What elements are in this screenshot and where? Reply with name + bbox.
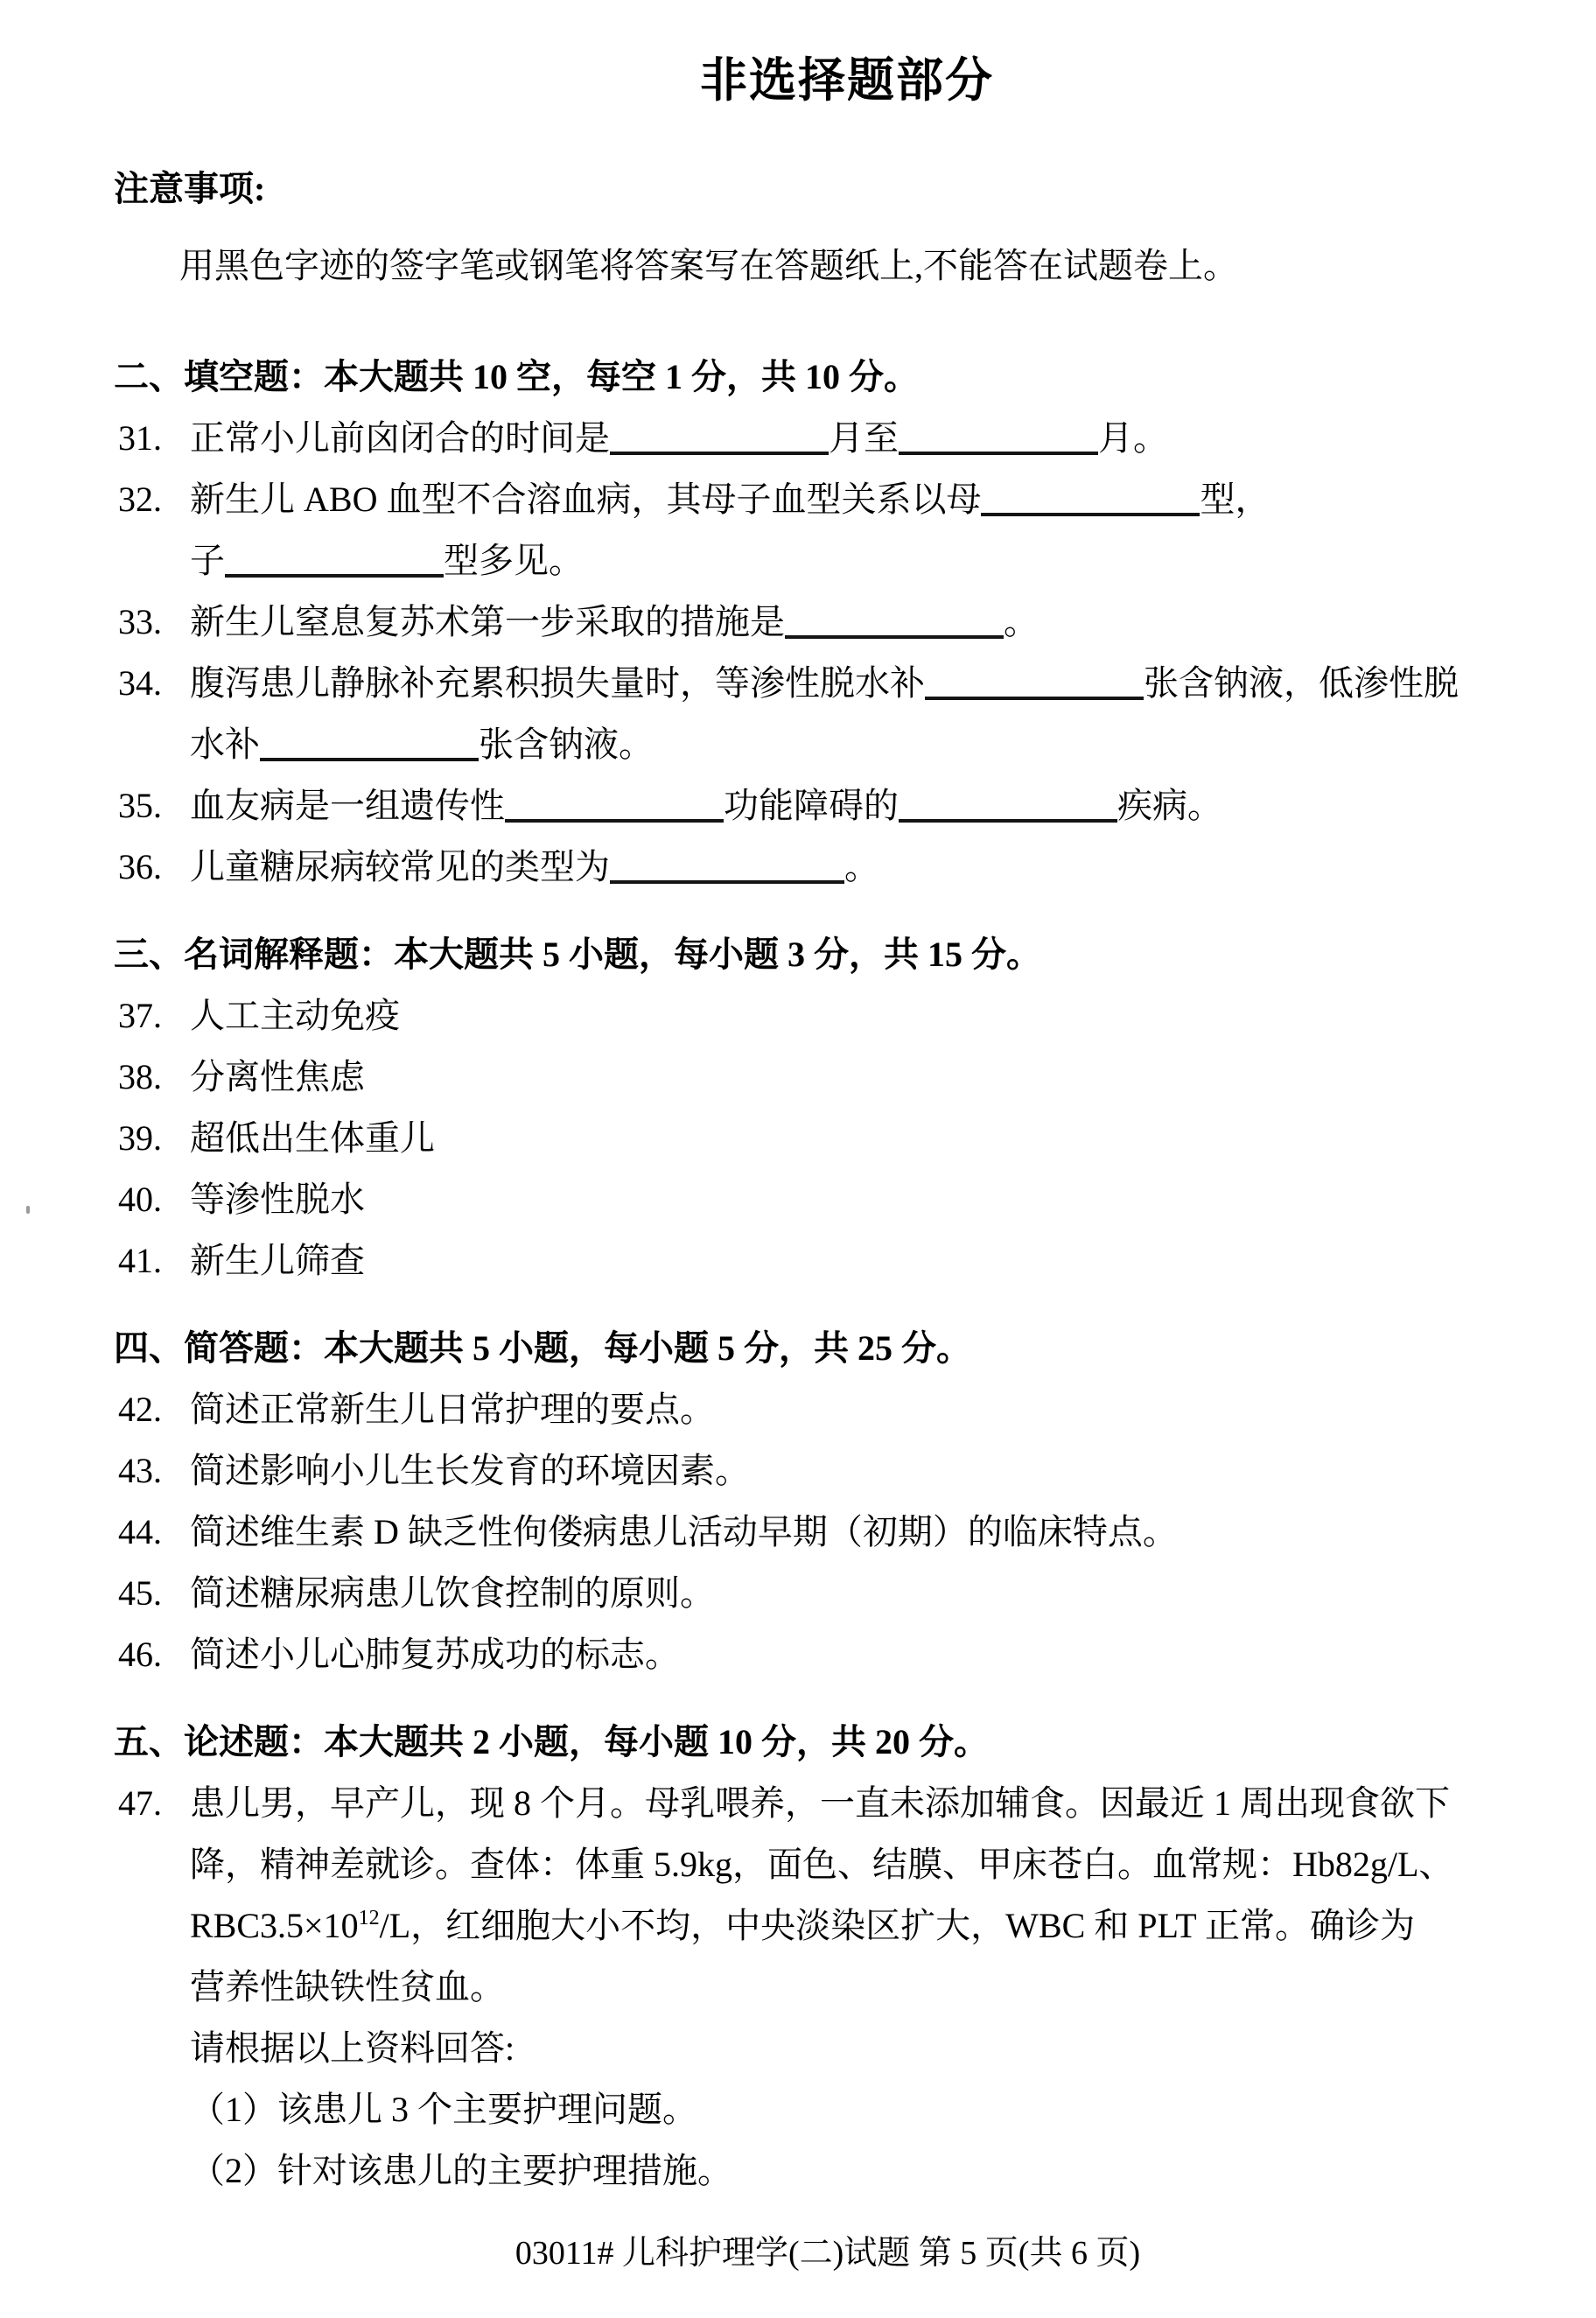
question-number: 38. <box>118 1047 190 1108</box>
blank-line <box>225 537 444 578</box>
blank-line <box>610 844 844 884</box>
question-36: 36.儿童糖尿病较常见的类型为。 <box>118 837 1596 898</box>
question-number: 35. <box>118 775 190 837</box>
question-number: 37. <box>118 985 190 1047</box>
question-text: 简述糖尿病患儿饮食控制的原则。 <box>190 1573 715 1613</box>
question-text: 月。 <box>1098 418 1168 458</box>
question-text: 简述小儿心肺复苏成功的标志。 <box>190 1635 680 1674</box>
section-3-heading: 三、名词解释题：本大题共 5 小题，每小题 3 分，共 15 分。 <box>114 924 1596 985</box>
question-text: 月至 <box>829 418 899 458</box>
blank-line <box>610 415 829 455</box>
question-text: 腹泻患儿静脉补充累积损失量时，等渗性脱水补 <box>190 663 925 703</box>
question-number: 42. <box>118 1379 190 1440</box>
question-39: 39.超低出生体重儿 <box>118 1108 1596 1169</box>
question-34-cont: 水补张含钠液。 <box>190 714 1596 775</box>
question-number: 45. <box>118 1563 190 1624</box>
section-4-heading: 四、简答题：本大题共 5 小题，每小题 5 分，共 25 分。 <box>114 1318 1596 1379</box>
section-5-heading: 五、论述题：本大题共 2 小题，每小题 10 分，共 20 分。 <box>114 1712 1596 1773</box>
question-40: 40.等渗性脱水 <box>118 1169 1596 1230</box>
question-47-sub-1: （1）该患儿 3 个主要护理问题。 <box>190 2079 1596 2140</box>
question-text: 子 <box>190 541 225 580</box>
question-text: 患儿男，早产儿，现 8 个月。母乳喂养，一直未添加辅食。因最近 1 周出现食欲下 <box>190 1783 1450 1823</box>
question-41: 41.新生儿筛查 <box>118 1230 1596 1292</box>
question-number: 32. <box>118 469 190 530</box>
question-text: 型多见。 <box>444 541 584 580</box>
question-34: 34.腹泻患儿静脉补充累积损失量时，等渗性脱水补张含钠液，低渗性脱 <box>118 653 1596 714</box>
question-text: 超低出生体重儿 <box>190 1118 435 1158</box>
scan-artifact-speck <box>26 1206 30 1214</box>
blank-line <box>505 782 724 823</box>
question-text: 简述影响小儿生长发育的环境因素。 <box>190 1451 750 1490</box>
exam-paper-page: 非选择题部分 注意事项: 用黑色字迹的签字笔或钢笔将答案写在答题纸上,不能答在试… <box>0 0 1596 2318</box>
question-text: 降，精神差就诊。查体：体重 5.9kg，面色、结膜、甲床苍白。血常规：Hb82g… <box>190 1845 1453 1884</box>
question-text: 张含钠液，低渗性脱 <box>1144 663 1459 703</box>
question-text: 。 <box>844 847 879 886</box>
question-47-line-4: 营养性缺铁性贫血。 <box>190 1957 1596 2018</box>
question-number: 31. <box>118 408 190 469</box>
question-46: 46.简述小儿心肺复苏成功的标志。 <box>118 1624 1596 1685</box>
question-text: 请根据以上资料回答: <box>190 2028 514 2068</box>
question-number: 43. <box>118 1440 190 1502</box>
question-45: 45.简述糖尿病患儿饮食控制的原则。 <box>118 1563 1596 1624</box>
blank-line <box>981 476 1200 516</box>
question-text: 。 <box>1004 602 1039 641</box>
question-47-line-3: RBC3.5×1012/L，红细胞大小不均，中央淡染区扩大，WBC 和 PLT … <box>190 1895 1596 1957</box>
question-text: 水补 <box>190 725 260 764</box>
blank-line <box>260 721 479 761</box>
question-38: 38.分离性焦虑 <box>118 1047 1596 1108</box>
question-number: 41. <box>118 1230 190 1292</box>
question-number: 47. <box>118 1773 190 1834</box>
question-text: 新生儿筛查 <box>190 1241 365 1280</box>
question-32-cont: 子型多见。 <box>190 530 1596 592</box>
question-text: 疾病。 <box>1117 786 1222 825</box>
question-number: 40. <box>118 1169 190 1230</box>
question-42: 42.简述正常新生儿日常护理的要点。 <box>118 1379 1596 1440</box>
page-title: 非选择题部分 <box>49 0 1596 106</box>
blank-line <box>925 660 1144 700</box>
question-text: 简述维生素 D 缺乏性佝偻病患儿活动早期（初期）的临床特点。 <box>190 1512 1178 1551</box>
question-number: 39. <box>118 1108 190 1169</box>
question-37: 37.人工主动免疫 <box>118 985 1596 1047</box>
blank-line <box>785 599 1004 639</box>
question-text: 儿童糖尿病较常见的类型为 <box>190 847 610 886</box>
question-text: 简述正常新生儿日常护理的要点。 <box>190 1390 715 1429</box>
question-text: /L，红细胞大小不均，中央淡染区扩大，WBC 和 PLT 正常。确诊为 <box>380 1906 1415 1945</box>
question-text: （2）针对该患儿的主要护理措施。 <box>190 2151 732 2190</box>
question-47-line-2: 降，精神差就诊。查体：体重 5.9kg，面色、结膜、甲床苍白。血常规：Hb82g… <box>190 1834 1596 1895</box>
notice-body: 用黑色字迹的签字笔或钢笔将答案写在答题纸上,不能答在试题卷上。 <box>179 235 1596 297</box>
question-text: 分离性焦虑 <box>190 1057 365 1096</box>
question-text: 营养性缺铁性贫血。 <box>190 1967 505 2006</box>
question-text: 等渗性脱水 <box>190 1180 365 1219</box>
question-text: RBC3.5×10 <box>190 1906 359 1945</box>
question-text: （1）该患儿 3 个主要护理问题。 <box>190 2090 697 2129</box>
question-47-line-5: 请根据以上资料回答: <box>190 2018 1596 2079</box>
page-footer: 03011# 儿科护理学(二)试题 第 5 页(共 6 页) <box>30 2227 1596 2279</box>
question-text: 人工主动免疫 <box>190 996 400 1035</box>
question-31: 31.正常小儿前囟闭合的时间是月至月。 <box>118 408 1596 469</box>
question-35: 35.血友病是一组遗传性功能障碍的疾病。 <box>118 775 1596 837</box>
question-number: 44. <box>118 1502 190 1563</box>
question-text: 新生儿窒息复苏术第一步采取的措施是 <box>190 602 785 641</box>
question-number: 34. <box>118 653 190 714</box>
question-number: 36. <box>118 837 190 898</box>
question-number: 33. <box>118 592 190 653</box>
question-text: 张含钠液。 <box>479 725 654 764</box>
question-47-line-1: 47.患儿男，早产儿，现 8 个月。母乳喂养，一直未添加辅食。因最近 1 周出现… <box>118 1773 1596 1834</box>
question-text: 型， <box>1200 480 1270 519</box>
notice-heading: 注意事项: <box>114 158 1596 220</box>
question-text: 血友病是一组遗传性 <box>190 786 505 825</box>
question-43: 43.简述影响小儿生长发育的环境因素。 <box>118 1440 1596 1502</box>
superscript-exponent: 12 <box>359 1907 380 1929</box>
question-47-sub-2: （2）针对该患儿的主要护理措施。 <box>190 2140 1596 2202</box>
question-44: 44.简述维生素 D 缺乏性佝偻病患儿活动早期（初期）的临床特点。 <box>118 1502 1596 1563</box>
blank-line <box>899 782 1117 823</box>
question-text: 正常小儿前囟闭合的时间是 <box>190 418 610 458</box>
question-number: 46. <box>118 1624 190 1685</box>
question-33: 33.新生儿窒息复苏术第一步采取的措施是。 <box>118 592 1596 653</box>
question-32: 32.新生儿 ABO 血型不合溶血病，其母子血型关系以母型， <box>118 469 1596 530</box>
section-2-heading: 二、填空题：本大题共 10 空，每空 1 分，共 10 分。 <box>114 347 1596 408</box>
blank-line <box>899 415 1098 455</box>
question-text: 新生儿 ABO 血型不合溶血病，其母子血型关系以母 <box>190 480 981 519</box>
question-text: 功能障碍的 <box>724 786 899 825</box>
